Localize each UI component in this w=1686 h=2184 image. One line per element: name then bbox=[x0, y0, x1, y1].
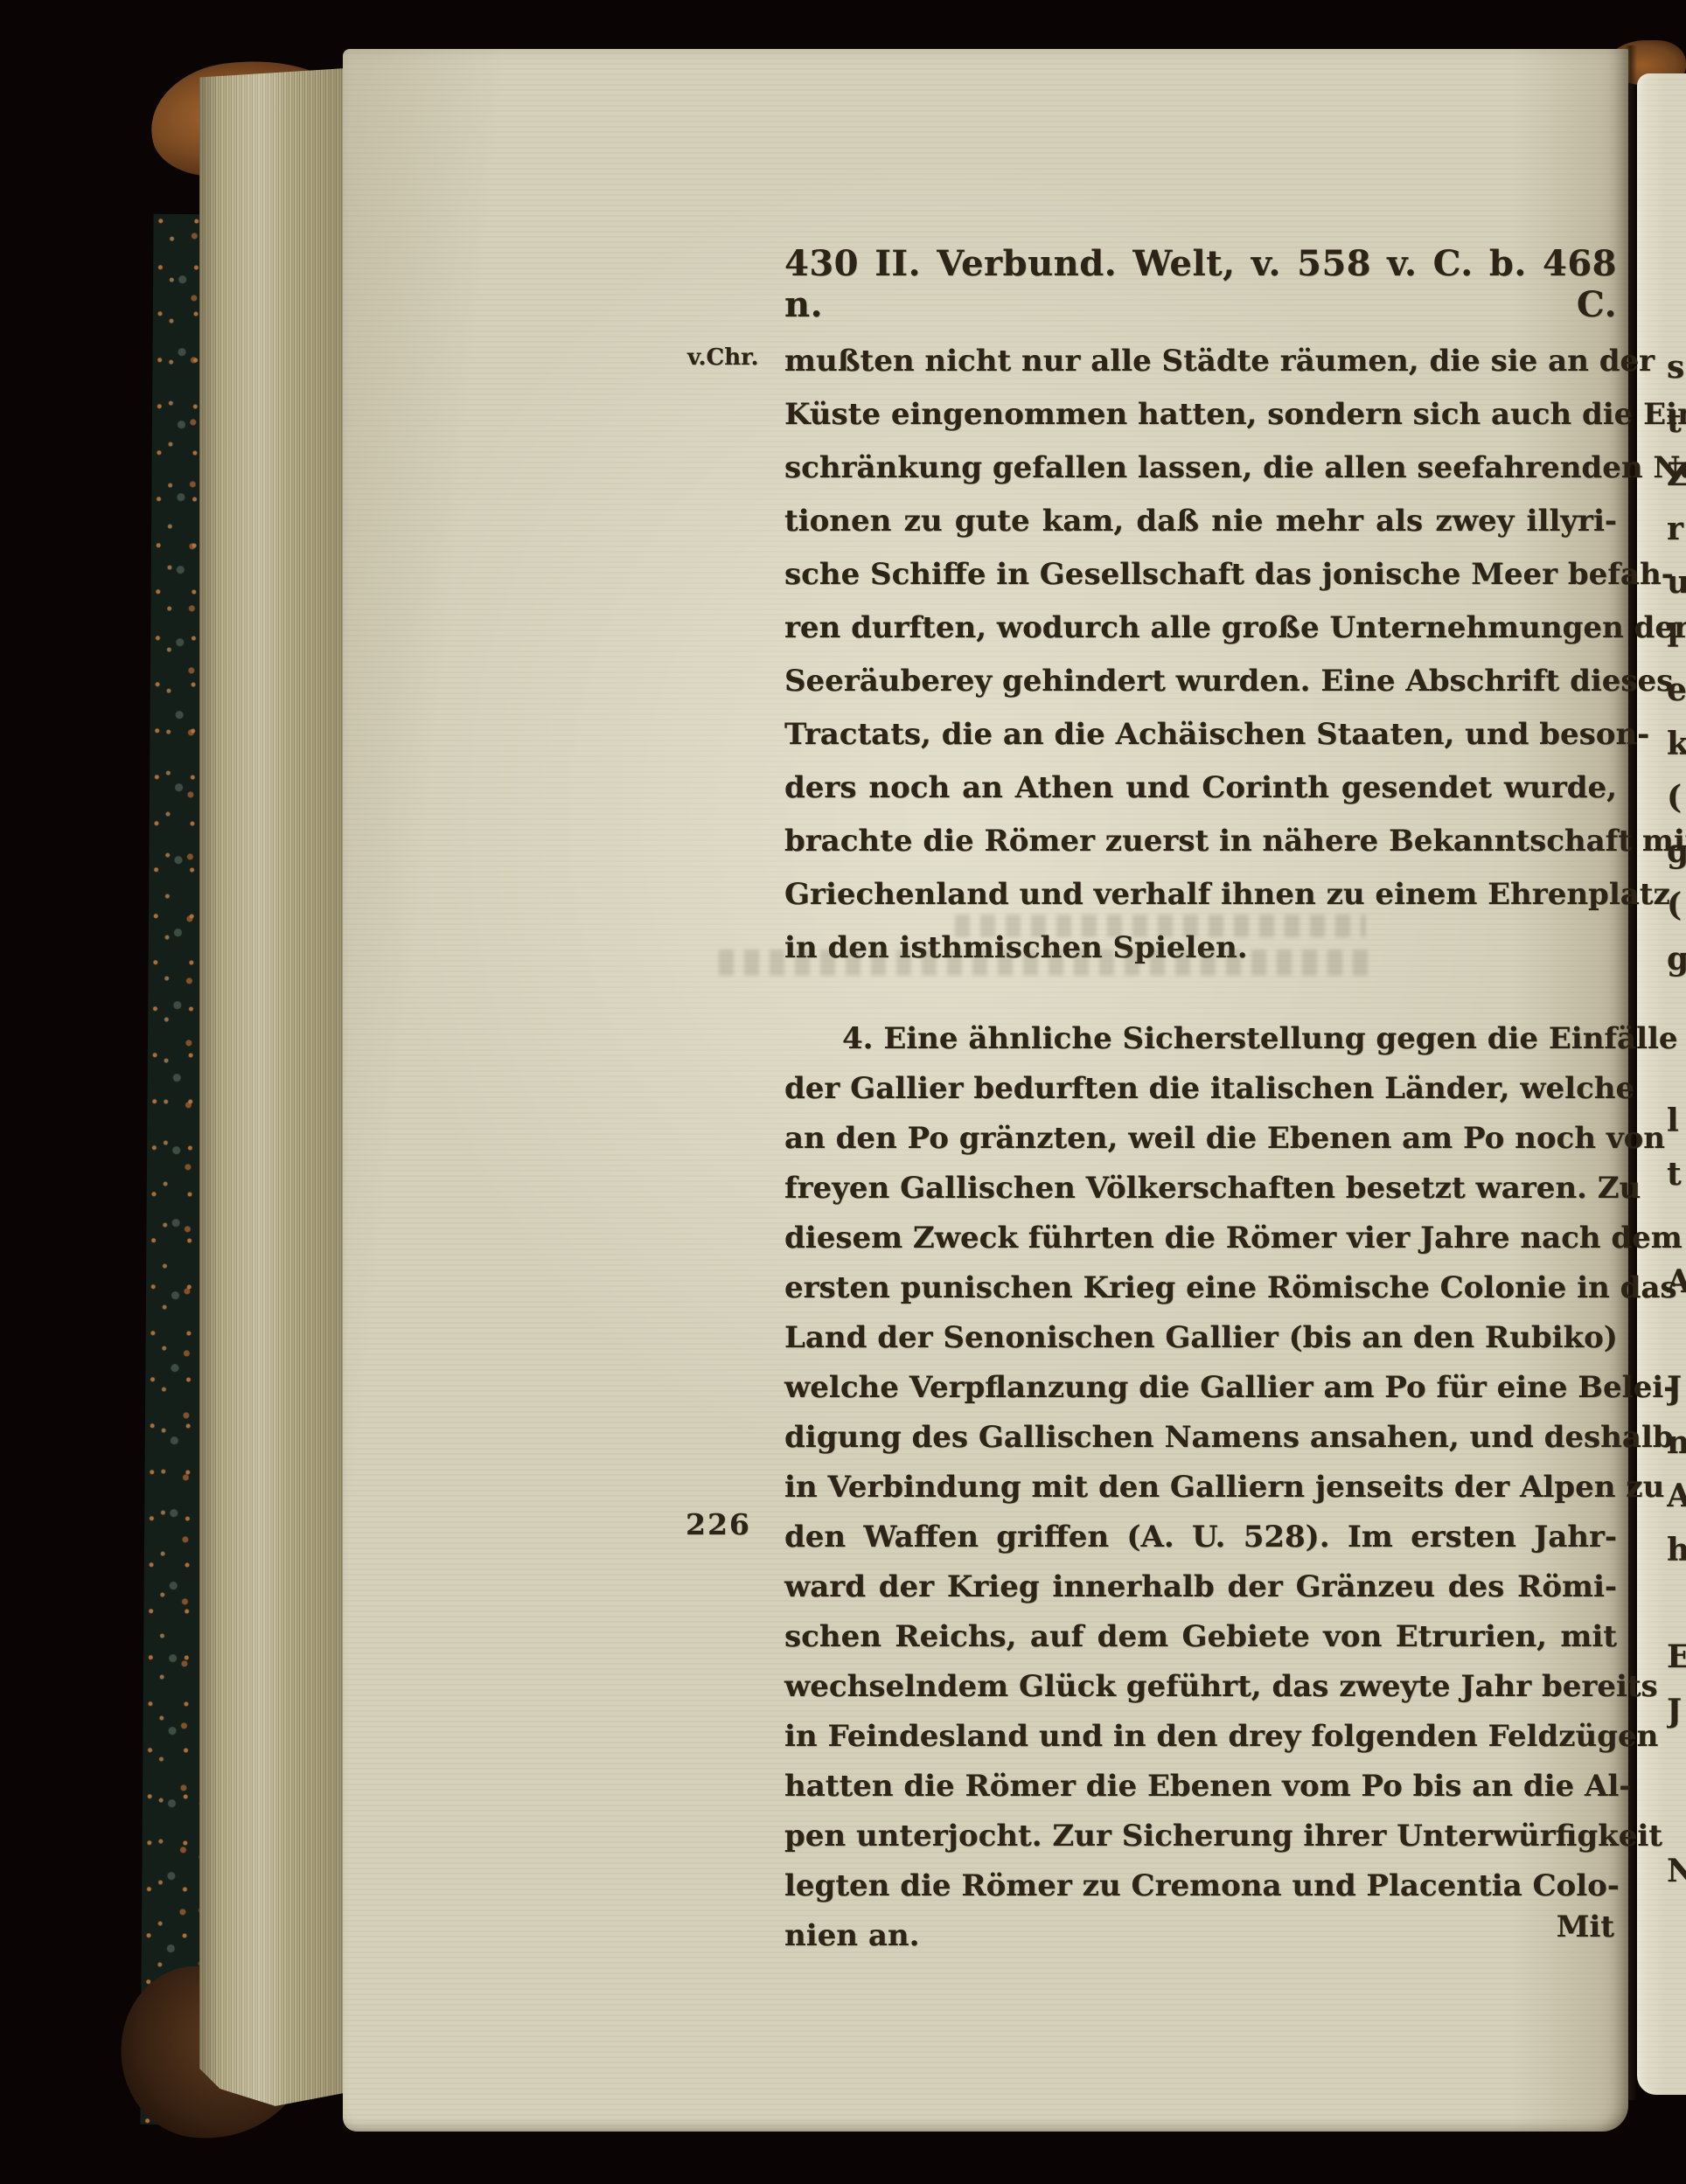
text-line: schränkung gefallen lassen, die allen se… bbox=[784, 442, 1617, 495]
running-head: 430 II. Verbund. Welt, v. 558 v. C. b. 4… bbox=[784, 243, 1617, 325]
text-line: ward der Krieg innerhalb der Gränzeu des… bbox=[784, 1562, 1617, 1612]
text-line: tionen zu gute kam, daß nie mehr als zwe… bbox=[784, 495, 1617, 548]
text-line: ders noch an Athen und Corinth gesendet … bbox=[784, 762, 1617, 815]
margin-note-year: 226 bbox=[686, 1507, 751, 1541]
text-block: 430 II. Verbund. Welt, v. 558 v. C. b. 4… bbox=[343, 49, 1628, 2132]
book-scan: { "doc": { "running_head": "430 II. Verb… bbox=[0, 0, 1686, 2184]
text-line: 4. Eine ähnliche Sicherstellung gegen di… bbox=[784, 1014, 1617, 1064]
margin-note-vchr: v.Chr. bbox=[687, 344, 759, 371]
text-line: ren durften, wodurch alle große Unterneh… bbox=[784, 602, 1617, 655]
text-line: wechselndem Glück geführt, das zweyte Ja… bbox=[784, 1662, 1617, 1712]
text-line: in Verbindung mit den Galliern jenseits … bbox=[784, 1463, 1617, 1513]
paragraph: mußten nicht nur alle Städte räumen, die… bbox=[784, 335, 1617, 975]
text-line: sche Schiffe in Gesellschaft das jonisch… bbox=[784, 548, 1617, 602]
text-line: freyen Gallischen Völkerschaften besetzt… bbox=[784, 1164, 1617, 1214]
text-line: der Gallier bedurften die italischen Län… bbox=[784, 1064, 1617, 1114]
catchword: Mit bbox=[1557, 1909, 1614, 1944]
text-line: welche Verpflanzung die Gallier am Po fü… bbox=[784, 1363, 1617, 1413]
text-line: an den Po gränzten, weil die Ebenen am P… bbox=[784, 1114, 1617, 1164]
text-line: brachte die Römer zuerst in nähere Bekan… bbox=[784, 815, 1617, 868]
text-line: schen Reichs, auf dem Gebiete von Etruri… bbox=[784, 1612, 1617, 1662]
text-line: diesem Zweck führten die Römer vier Jahr… bbox=[784, 1214, 1617, 1263]
text-line: Tractats, die an die Achäischen Staaten,… bbox=[784, 708, 1617, 762]
text-line: legten die Römer zu Cremona und Placenti… bbox=[784, 1861, 1617, 1911]
text-line: hatten die Römer die Ebenen vom Po bis a… bbox=[784, 1762, 1617, 1812]
text-line: Land der Senonischen Gallier (bis an den… bbox=[784, 1313, 1617, 1363]
text-line: ersten punischen Krieg eine Römische Col… bbox=[784, 1263, 1617, 1313]
bleed-through-text bbox=[719, 949, 1368, 976]
text-line: digung des Gallischen Namens ansahen, un… bbox=[784, 1413, 1617, 1463]
text-line: Küste eingenommen hatten, sondern sich a… bbox=[784, 388, 1617, 442]
book-page: 430 II. Verbund. Welt, v. 558 v. C. b. 4… bbox=[343, 49, 1628, 2132]
text-line: mußten nicht nur alle Städte räumen, die… bbox=[784, 335, 1617, 388]
text-line: nien an. bbox=[784, 1911, 1617, 1961]
text-line: pen unterjocht. Zur Sicherung ihrer Unte… bbox=[784, 1812, 1617, 1861]
text-line: Seeräuberey gehindert wurden. Eine Absch… bbox=[784, 655, 1617, 708]
bleed-through-text bbox=[955, 915, 1366, 937]
paragraph: 4. Eine ähnliche Sicherstellung gegen di… bbox=[784, 1014, 1617, 1961]
page-block-fore-edge bbox=[199, 68, 345, 2107]
text-line: in Feindesland und in den drey folgenden… bbox=[784, 1712, 1617, 1762]
text-line: den Waffen griffen (A. U. 528). Im erste… bbox=[784, 1513, 1617, 1562]
text-line: Griechenland und verhalf ihnen zu einem … bbox=[784, 868, 1617, 922]
